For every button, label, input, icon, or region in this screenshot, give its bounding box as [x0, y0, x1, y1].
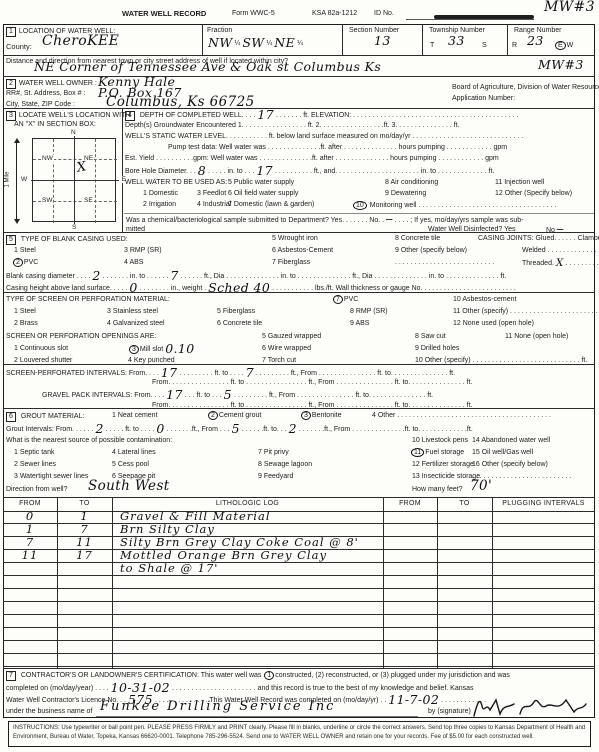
- business-name-value: Funkee Drilling Service Inc: [100, 702, 335, 712]
- opening-option-2: 2 Louvered shutter: [14, 357, 72, 365]
- contamination-15: 15 Oil well/Gas well: [472, 449, 533, 457]
- casing-option-1: 1 Steel: [14, 247, 36, 255]
- grout-option-2-circled: 2Cement grout: [207, 411, 261, 420]
- table-row: [3, 576, 595, 589]
- grout-option-1: 1 Neat cement: [112, 412, 158, 420]
- screen-option-8: 8 RMP (SR): [350, 308, 388, 316]
- text-segment: . . . . . . . . . ft. to . . . .: [178, 370, 246, 377]
- screen-option-4: 4 Galvanized steel: [107, 320, 165, 328]
- text-segment: . . . . . . . . in., weight .: [138, 285, 208, 292]
- text-segment: 2: [289, 421, 297, 436]
- use-option-2: 2 Irrigation: [143, 201, 176, 209]
- text-segment: ¼: [295, 40, 303, 47]
- contamination-3: 3 Watertight sewer lines: [14, 473, 88, 481]
- use-option-12: 12 Other (Specify below): [495, 190, 572, 198]
- text-segment: ¼: [265, 40, 275, 47]
- text-segment: Was a chemical/bacteriological sample su…: [126, 217, 386, 224]
- section6-title: 6 GROUT MATERIAL:: [6, 412, 84, 422]
- static-level-line: WELL'S STATIC WATER LEVEL. . . . . . . .…: [125, 133, 523, 141]
- contamination-4: 4 Lateral lines: [112, 449, 156, 457]
- city-label: City, State, ZIP Code :: [6, 101, 75, 109]
- form-number: Form WWC-5: [232, 10, 275, 18]
- range-r: R: [512, 42, 517, 50]
- text-segment: . . . ft. to . . .: [183, 392, 224, 399]
- section3-title: 3LOCATE WELL'S LOCATION WITH: [6, 111, 130, 121]
- text-segment: 0: [156, 421, 164, 436]
- quadrant-nw: NW: [41, 155, 54, 162]
- screen-intervals-line1: SCREEN-PERFORATED INTERVALS: From. . . .…: [6, 368, 455, 378]
- opening-option-10: 10 Other (specify) . . . . . . . . . . .…: [415, 357, 587, 365]
- contamination-8: 8 Sewage lagoon: [258, 461, 312, 469]
- table-row: [3, 602, 595, 615]
- table-row: [3, 589, 595, 602]
- text-segment: No: [546, 227, 557, 234]
- township-t: T: [430, 42, 434, 50]
- feet-label: How many feet?: [412, 486, 463, 494]
- casing-option-3: 3 RMP (SR): [124, 247, 162, 255]
- welded-label: Welded . . . . . . . . . . . . . . . . .…: [522, 247, 599, 255]
- text-segment: 17: [161, 365, 178, 380]
- text-segment: Grout Intervals: From. . . . . .: [6, 426, 95, 433]
- divider: [124, 213, 594, 214]
- screen-option-2: 2 Brass: [14, 320, 38, 328]
- text-segment: Blank casing diameter . . . .: [6, 273, 92, 280]
- use-option-8: 8 Air conditioning: [385, 179, 438, 187]
- text-segment: 11-7-02: [388, 692, 439, 707]
- casing-option-4: 4 ABS: [124, 259, 143, 267]
- text-segment: 2: [208, 411, 218, 420]
- text-segment: 6: [6, 412, 16, 422]
- casing-height-line: Casing height above land surface. . . . …: [6, 283, 516, 293]
- text-segment: ─: [386, 214, 393, 226]
- direction-value: South West: [88, 481, 170, 491]
- text-segment: 7: [6, 671, 16, 681]
- text-segment: 5: [224, 387, 232, 402]
- openings-title: SCREEN OR PERFORATION OPENINGS ARE:: [6, 333, 156, 341]
- quadrant-sw: SW: [41, 197, 53, 204]
- col-header-lithologic-log: LITHOLOGIC LOG: [112, 500, 383, 507]
- section-number-value: 13: [374, 36, 391, 46]
- text-segment: . . . . . . . . . . . . . . . . . . . . …: [170, 685, 473, 692]
- text-segment: 17: [256, 163, 273, 178]
- text-segment: Sched 40: [208, 280, 270, 295]
- township-value: 33: [448, 36, 465, 46]
- opening-option-8: 8 Saw cut: [415, 333, 446, 341]
- text-segment: 5: [232, 421, 240, 436]
- table-row: [3, 654, 595, 667]
- county-value: CheroKEE: [42, 36, 119, 46]
- quadrant-se: SE: [83, 197, 94, 204]
- text-segment: 2: [95, 421, 103, 436]
- direction-label: Direction from well?: [6, 486, 67, 494]
- opening-option-7: 7 Torch cut: [262, 357, 296, 365]
- use-option-6: 6 Oil field water supply: [228, 190, 298, 198]
- signature-scribble: [470, 696, 588, 720]
- divider: [422, 24, 423, 55]
- use-option-11: 11 Injection well: [495, 179, 544, 187]
- arrow-down-icon: [14, 219, 20, 224]
- opening-option-9: 9 Drilled holes: [415, 345, 459, 353]
- opening-option-1: 1 Continuous slot: [14, 345, 68, 353]
- divider: [342, 24, 343, 55]
- threaded-line: Threaded. X . . . . . . . . . . .: [522, 259, 599, 268]
- screen-option-3: 3 Stainless steel: [107, 308, 158, 316]
- text-segment: 8: [198, 163, 206, 178]
- divider: [122, 108, 123, 232]
- disinfected-label: Water Well Disinfected? Yes: [428, 226, 516, 234]
- screen-option-6: 6 Concrete tile: [217, 320, 262, 328]
- text-segment: 5: [6, 235, 16, 245]
- well-id-handwritten: MW#3: [544, 2, 595, 12]
- opening-option-5: 5 Gauzed wrapped: [262, 333, 321, 341]
- text-segment: E: [555, 41, 566, 50]
- sample-question-cont: mitted: [126, 226, 145, 234]
- text-segment: Threaded.: [522, 260, 556, 267]
- screen-option-1: 1 Steel: [14, 308, 36, 316]
- text-segment: 3: [301, 411, 311, 420]
- text-segment: 7: [333, 295, 343, 304]
- text-segment: . . . . . .ft. to. . .: [240, 426, 289, 433]
- use-title: WELL WATER TO BE USED AS:: [125, 179, 227, 187]
- section3-label-1: LOCATE WELL'S LOCATION WITH: [19, 112, 131, 119]
- bore-hole-line: Bore Hole Diameter. . . 8 . . . . . in. …: [125, 166, 494, 176]
- text-segment: 4: [125, 111, 135, 121]
- section2-title: 2WATER WELL OWNER :: [6, 79, 97, 89]
- business-name-label: under the business name of: [6, 708, 92, 716]
- business-name-blank: [96, 716, 418, 717]
- compass-s: S: [71, 224, 77, 231]
- township-s: S: [482, 42, 487, 50]
- casing-option-8: 8 Concrete tile: [395, 235, 440, 243]
- text-segment: GRAVEL PACK INTERVALS: From. . . .: [42, 392, 166, 399]
- text-segment: W: [567, 42, 574, 49]
- fraction-label: Fraction: [207, 27, 232, 35]
- use-option-1: 1 Domestic: [143, 190, 178, 198]
- compass-w: W: [20, 176, 28, 183]
- instructions-line2: Environment, Bureau of Water, Topeka, Ka…: [13, 734, 534, 741]
- casing-joints-label: CASING JOINTS: Glued. . . . . . Clamped.…: [478, 235, 599, 243]
- text-segment: . . . . . . ft., Dia . . . . . . . . . .…: [179, 273, 507, 280]
- sample-question-line: Was a chemical/bacteriological sample su…: [126, 216, 523, 225]
- text-segment: PVC: [344, 296, 358, 303]
- well-x-mark: X: [76, 162, 87, 174]
- use-option-9: 9 Dewatering: [385, 190, 426, 198]
- owner-label: WATER WELL OWNER :: [19, 80, 97, 87]
- text-segment: ¼: [233, 40, 243, 47]
- id-no-label: ID No.: [374, 10, 394, 18]
- grout-option-4: 4 Other . . . . . . . . . . . . . . . . …: [372, 412, 551, 420]
- contamination-11-circled: 11Fuel storage: [410, 448, 464, 457]
- text-segment: Cement grout: [219, 412, 261, 419]
- casing-option-6: 6 Asbestos-Cement: [272, 247, 333, 255]
- text-segment: 2: [13, 258, 23, 267]
- contamination-1: 1 Septic tank: [14, 449, 54, 457]
- distance-answer: NE Corner of Tennessee Ave & Oak st Colu…: [34, 62, 381, 72]
- section-number-box: 3: [6, 111, 16, 121]
- col-header-from: FROM: [3, 500, 57, 507]
- distance-mw: MW#3: [538, 60, 584, 70]
- signature-label: by (signature): [428, 708, 471, 716]
- agency-text: Board of Agriculture, Division of Water …: [452, 84, 599, 92]
- text-segment: . . . . . . . . . . ft., and. . . . . . …: [273, 168, 494, 175]
- divider: [3, 668, 595, 669]
- id-no-mark: [434, 15, 534, 19]
- screen-option-12: 12 None used (open hole): [453, 320, 534, 328]
- text-segment: DEPTH OF COMPLETED WELL. . . .: [138, 112, 257, 119]
- text-segment: 0.10: [165, 341, 194, 356]
- depth-completed-line: 4 DEPTH OF COMPLETED WELL. . . . 17 . . …: [125, 110, 518, 121]
- text-segment: . . . . . in. to . . .: [206, 168, 256, 175]
- text-segment: Fuel storage: [425, 449, 464, 456]
- col-header-to: TO: [57, 500, 112, 507]
- city-value: Columbus, Ks 66725: [106, 97, 255, 107]
- divider: [3, 55, 595, 56]
- text-segment: Bore Hole Diameter. . .: [125, 168, 198, 175]
- text-segment: . . . . . . . . . . .: [564, 260, 599, 267]
- address-label: RR#, St. Address, Box # :: [6, 90, 85, 98]
- contamination-9: 9 Feedyard: [258, 473, 293, 481]
- est-yield-line: Est. Yield . . . . . . . . . .gpm: Well …: [125, 155, 499, 163]
- screen-option-9: 9 ABS: [350, 320, 369, 328]
- opening-option-11: 11 None (open hole): [505, 333, 568, 341]
- instructions-line1: INSTRUCTIONS: Use typewriter or ball poi…: [13, 725, 585, 732]
- text-segment: NW: [208, 35, 233, 50]
- text-segment: . . . . . ft. to . . . .: [104, 426, 157, 433]
- text-segment: . . . . . . . . . . . lbs./ft. Wall thic…: [270, 285, 516, 292]
- text-segment: 3: [129, 345, 139, 354]
- range-ew: EW: [554, 41, 573, 50]
- fraction-value: NW ¼ SW ¼ NE ¼: [208, 38, 303, 48]
- opening-option-3-circled: 3Mill slot 0.10: [128, 344, 195, 354]
- use-option-7: 7 Domestic (lawn & garden): [228, 201, 314, 209]
- grout-intervals-line: Grout Intervals: From. . . . . . 2 . . .…: [6, 424, 473, 434]
- text-segment: . . . . . . . in. to . . . . . .: [101, 273, 171, 280]
- water-well-record-form: WATER WELL RECORD Form WWC-5 KSA 82a-121…: [0, 0, 599, 752]
- text-segment: CONTRACTOR'S OR LANDOWNER'S CERTIFICATIO…: [19, 672, 263, 679]
- groundwater-line: Depth(s) Groundwater Encountered 1. . . …: [125, 122, 460, 130]
- casing-option-5: 5 Wrought iron: [272, 235, 318, 243]
- contamination-5: 5 Cess pool: [112, 461, 149, 469]
- text-segment: SW: [242, 35, 264, 50]
- text-segment: . . . . . . .ft., From . . .: [165, 426, 232, 433]
- contamination-7: 7 Pit privy: [258, 449, 289, 457]
- table-row: to Shale @ 17': [3, 563, 595, 576]
- col-header-to-2: TO: [437, 500, 492, 507]
- feet-value: 70': [470, 481, 492, 491]
- text-segment: GROUT MATERIAL:: [19, 413, 84, 420]
- divider: [202, 24, 203, 55]
- use-option-10-circled: 10 Monitoring well . . . . . . . . . . .…: [352, 201, 556, 210]
- text-segment: TYPE OF BLANK CASING USED:: [19, 236, 128, 243]
- text-segment: Mill slot: [140, 346, 165, 353]
- table-row: 11 17 Mottled Orange Brn Grey Clay: [3, 550, 595, 563]
- cell-to: 17: [57, 549, 112, 562]
- text-segment: PVC: [24, 259, 38, 266]
- statute-ref: KSA 82a-1212: [312, 10, 357, 18]
- text-segment: X: [556, 257, 564, 269]
- lithologic-table: FROM TO LITHOLOGIC LOG FROM TO PLUGGING …: [3, 497, 595, 668]
- gravel-intervals-line1: GRAVEL PACK INTERVALS: From. . . . 17 . …: [42, 390, 433, 400]
- casing-other-blank: . . . . . . . . . . . . . . . . . . . . …: [395, 259, 494, 267]
- grout-option-3-circled: 3Bentonite: [300, 411, 342, 420]
- table-row: [3, 641, 595, 654]
- text-segment: 1: [264, 671, 274, 680]
- county-label: County:: [6, 43, 32, 51]
- contamination-question: What is the nearest source of possible c…: [6, 437, 172, 445]
- opening-option-6: 6 Wire wrapped: [262, 345, 311, 353]
- mile-arrow-line: [16, 143, 17, 219]
- table-row: [3, 628, 595, 641]
- use-option-5: 5 Public water supply: [228, 179, 294, 187]
- opening-option-4: 4 Key punched: [128, 357, 175, 365]
- id-no-blank: [406, 19, 534, 20]
- screen-option-11: 11 Other (specify) . . . . . . . . . . .…: [453, 308, 599, 316]
- screen-intervals-line2: From. . . . . . . . . . . . . . . . ft. …: [152, 379, 473, 387]
- section-number-box: 2: [6, 79, 16, 89]
- application-number-label: Application Number:: [452, 95, 515, 103]
- range-value: 23: [527, 36, 544, 46]
- text-segment: 2: [92, 268, 100, 283]
- certification-line1: 7 CONTRACTOR'S OR LANDOWNER'S CERTIFICAT…: [6, 671, 510, 681]
- text-segment: . . . . . . .ft., From . . . . . . . . .…: [297, 426, 473, 433]
- text-segment: constructed, (2) reconstructed, or (3) p…: [275, 672, 510, 679]
- screen-material-title: TYPE OF SCREEN OR PERFORATION MATERIAL:: [6, 296, 170, 304]
- mile-label: 1 Mile: [5, 171, 12, 187]
- screen-option-7-circled: 7PVC: [332, 295, 358, 304]
- text-segment: completed on (mo/day/year) . . . .: [6, 685, 111, 692]
- divider: [3, 76, 595, 77]
- divider: [3, 108, 595, 109]
- use-option-4: 4 Industrial: [197, 201, 231, 209]
- casing-option-9: 9 Other (specify below): [395, 247, 467, 255]
- contamination-2: 2 Sewer lines: [14, 461, 56, 469]
- cell-log: to Shale @ 17': [112, 562, 218, 575]
- text-segment: 7: [170, 268, 178, 283]
- ew-line: [31, 180, 119, 181]
- text-segment: 11: [411, 448, 424, 457]
- compass-n: N: [70, 129, 77, 136]
- section5-title: 5 TYPE OF BLANK CASING USED:: [6, 235, 128, 245]
- text-segment: SCREEN-PERFORATED INTERVALS: From. . . .: [6, 370, 161, 377]
- text-segment: NE: [274, 35, 295, 50]
- casing-option-2-circled: 2PVC: [12, 258, 38, 267]
- lithologic-rows: 0 1 Gravel & Fill Material 1 7 Brn Silty…: [3, 511, 595, 667]
- cell-from: 11: [3, 549, 57, 562]
- contamination-10: 10 Livestock pens: [412, 437, 468, 445]
- section-box-diagram: N S W E NW NE SW SE X: [32, 138, 116, 222]
- text-segment: . . . . . . . ft. ELEVATION: . . . . . .…: [274, 112, 518, 119]
- col-header-from-2: FROM: [383, 500, 437, 507]
- text-segment: 10: [353, 201, 367, 210]
- text-segment: Monitoring well . . . . . . . . . . . . …: [368, 202, 557, 209]
- pump-test-line: Pump test data: Well water was . . . . .…: [168, 144, 507, 152]
- text-segment: 17: [166, 387, 183, 402]
- section3-label-2: AN "X" IN SECTION BOX:: [14, 121, 96, 129]
- contamination-14: 14 Abandoned water well: [472, 437, 550, 445]
- divider: [507, 24, 508, 55]
- text-segment: Casing height above land surface. . . . …: [6, 285, 129, 292]
- text-segment: 7: [246, 365, 254, 380]
- text-segment: 0: [129, 280, 137, 295]
- form-title: WATER WELL RECORD: [122, 10, 206, 18]
- casing-option-7: 7 Fiberglass: [272, 259, 310, 267]
- text-segment: . . . . ; If yes, mo/day/yrs sample was …: [393, 217, 524, 224]
- use-option-3: 3 Feedlot: [197, 190, 226, 198]
- col-header-plugging-intervals: PLUGGING INTERVALS: [492, 500, 595, 507]
- screen-option-10: 10 Asbestos-cement: [453, 296, 516, 304]
- contamination-16: 16 Other (specify below): [472, 461, 548, 469]
- text-segment: 17: [257, 107, 274, 122]
- gravel-intervals-line2: From. . . . . . . . . . . . . . . . ft. …: [152, 402, 473, 410]
- section-number-box: 1: [6, 27, 16, 37]
- screen-option-5: 5 Fiberglass: [217, 308, 255, 316]
- table-row: [3, 615, 595, 628]
- text-segment: Bentonite: [312, 412, 342, 419]
- text-segment: . . . . . . . . . ft., From . . . . . . …: [254, 370, 455, 377]
- disinfected-no: No ─: [546, 226, 564, 235]
- contamination-12: 12 Fertilizer storage: [412, 461, 474, 469]
- text-segment: . . . . . . . . . ft., From . . . . . . …: [232, 392, 433, 399]
